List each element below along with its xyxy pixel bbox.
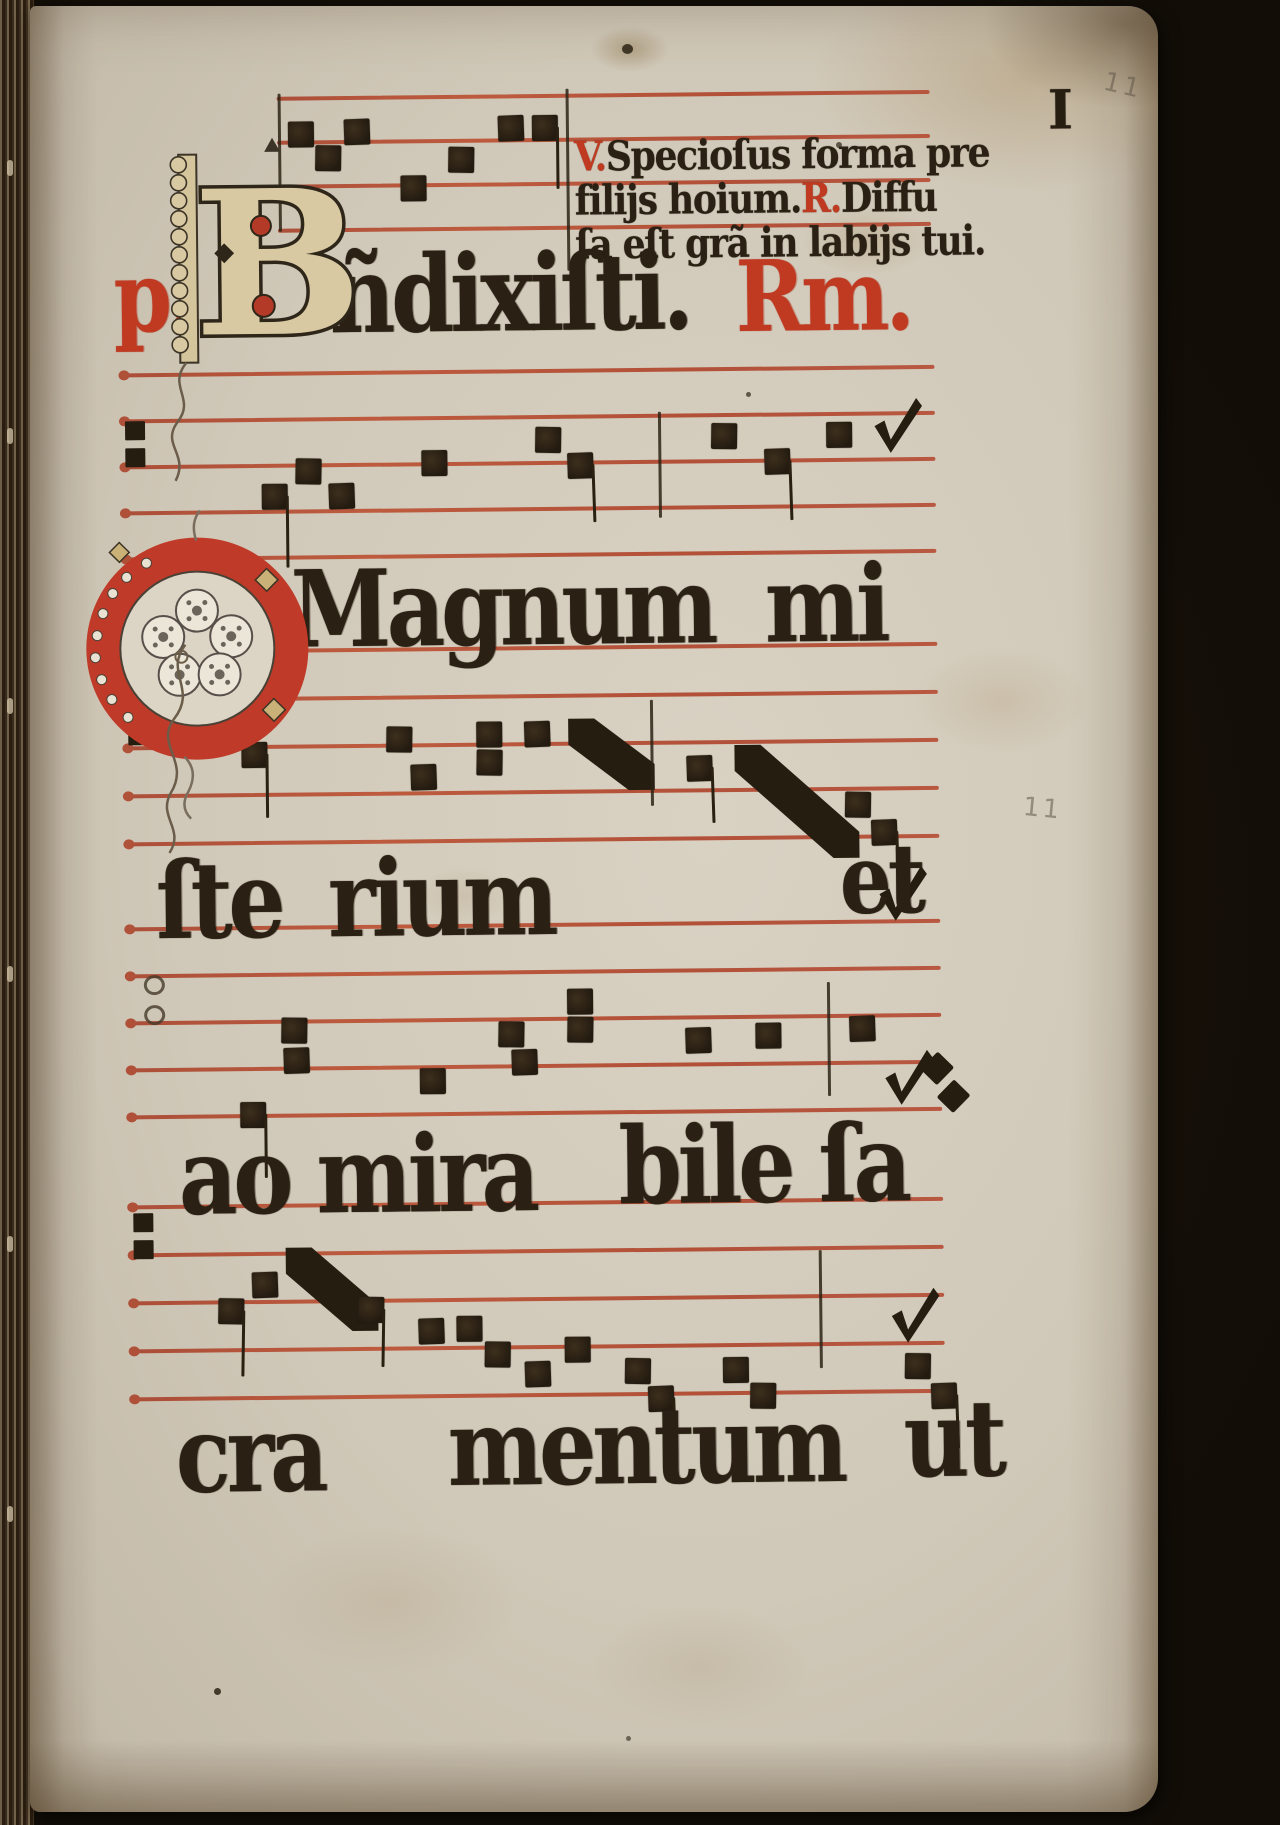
neume-punctum xyxy=(567,1016,593,1042)
custos-check xyxy=(867,390,926,459)
neume-punctum xyxy=(262,484,288,510)
neume-punctum xyxy=(456,1316,482,1342)
chant-segment: bile ſa xyxy=(618,1113,908,1217)
initial-b: B xyxy=(164,145,332,375)
neume-punctum xyxy=(410,764,437,791)
neume-punctum xyxy=(685,1027,712,1054)
neume-punctum xyxy=(755,1023,781,1049)
neume-punctum xyxy=(476,749,502,775)
staff-line xyxy=(129,1013,941,1026)
neume-punctum xyxy=(535,427,561,453)
neume-punctum xyxy=(849,1015,876,1042)
rubric-segment: Diffu xyxy=(841,173,937,222)
chant-segment: Magnum xyxy=(290,555,714,660)
pen-flourish xyxy=(162,363,203,483)
neume-punctum xyxy=(711,423,737,449)
page-content: V.Specioſus forma prefilijs hoium.R.Diff… xyxy=(0,0,1280,1825)
staff-line xyxy=(132,1245,944,1258)
chant-segment: ao mira xyxy=(178,1123,536,1227)
neume-tail xyxy=(711,767,716,823)
staff-line xyxy=(123,411,935,424)
neume-punctum xyxy=(764,448,791,475)
chant-segment: et xyxy=(839,833,922,925)
chant-segment: Rm. xyxy=(735,249,911,344)
staff-line xyxy=(124,503,936,516)
neume-punctum xyxy=(281,1017,307,1043)
neume-punctum xyxy=(288,121,314,147)
neume-punctum xyxy=(252,1272,279,1299)
chant-segment: ñdixiſti. xyxy=(329,241,690,345)
divider-bar xyxy=(827,982,831,1096)
chant-segment: ſte xyxy=(155,850,282,952)
neume-punctum xyxy=(328,483,355,510)
neume-punctum xyxy=(498,1021,524,1047)
pencil-marks-layer: 1111 xyxy=(0,0,1271,7)
folio-number: I xyxy=(1047,77,1073,141)
custos-check xyxy=(884,1280,943,1349)
neume-punctum xyxy=(723,1357,749,1383)
neume-punctum xyxy=(400,175,426,201)
rubric-segment: V. xyxy=(574,132,606,180)
chant-segment: cra xyxy=(175,1403,325,1505)
rubric-segment: R. xyxy=(801,174,841,222)
neume-punctum xyxy=(448,147,474,173)
initial-b-letter: B xyxy=(192,146,363,383)
clef-ring xyxy=(144,1005,165,1025)
chant-segment: mentum xyxy=(447,1394,844,1499)
staff-line xyxy=(123,457,935,470)
clef-mark xyxy=(134,1240,154,1259)
neume-tail xyxy=(556,127,560,189)
clef-mark xyxy=(125,421,145,440)
staff-line xyxy=(133,1341,945,1354)
neume-tail xyxy=(241,1310,245,1376)
divider-bar xyxy=(650,700,654,806)
chant-segment: ut xyxy=(903,1388,1003,1490)
neume-punctum xyxy=(476,721,502,747)
neume-tail xyxy=(788,460,793,520)
divider-bar xyxy=(658,412,662,518)
neume-punctum xyxy=(497,115,524,142)
neume-punctum xyxy=(343,118,370,145)
divider-bar xyxy=(819,1250,823,1368)
neume-punctum xyxy=(421,450,447,476)
neume-punctum xyxy=(295,458,321,484)
pencil-mark: 11 xyxy=(1022,792,1064,826)
rubric-line: filijs hoium.R.Diffu xyxy=(574,177,936,222)
neume-punctum xyxy=(532,115,558,141)
neume-punctum xyxy=(386,726,412,752)
neume-punctum xyxy=(524,721,551,748)
clef-mark xyxy=(133,1213,153,1232)
neume-tail xyxy=(591,464,596,522)
neume-punctum xyxy=(686,755,713,782)
neume-punctum xyxy=(283,1047,310,1074)
neume-punctum xyxy=(625,1358,651,1384)
staff-line xyxy=(129,966,941,979)
neume-punctum xyxy=(567,988,593,1014)
rubric-line: V.Specioſus forma pre xyxy=(574,132,989,177)
chant-text-layer: p.ñdixiſti.Rm.Magnummiſteriumetao mirabi… xyxy=(0,0,1271,7)
neume-punctum xyxy=(358,1297,384,1323)
neume-punctum xyxy=(565,1337,591,1363)
neume-punctum xyxy=(511,1049,538,1076)
neume-punctum xyxy=(485,1341,511,1367)
neume-punctum xyxy=(567,452,594,479)
neume-punctum xyxy=(845,792,871,818)
chant-segment: mi xyxy=(764,553,887,655)
neume-punctum xyxy=(418,1318,445,1345)
neume-oblique xyxy=(568,718,655,793)
manuscript-photo: V.Specioſus forma prefilijs hoium.R.Diff… xyxy=(0,0,1280,1825)
neume-punctum xyxy=(218,1298,244,1324)
music-notation-layer xyxy=(0,0,1271,7)
clef-mark xyxy=(125,448,145,467)
pencil-mark: 11 xyxy=(1101,67,1146,105)
staff-line xyxy=(277,90,930,101)
chant-segment: rium xyxy=(327,847,554,950)
rubric-segment: filijs hoium. xyxy=(574,174,801,224)
neume-punctum xyxy=(826,422,852,448)
pen-flourish xyxy=(157,645,205,855)
rubric-block: V.Specioſus forma prefilijs hoium.R.Diff… xyxy=(0,0,1271,7)
clef-ring xyxy=(144,975,165,995)
neume-punctum xyxy=(420,1068,446,1094)
parchment-page: V.Specioſus forma prefilijs hoium.R.Diff… xyxy=(30,6,1158,1812)
neume-tail xyxy=(381,1309,385,1367)
